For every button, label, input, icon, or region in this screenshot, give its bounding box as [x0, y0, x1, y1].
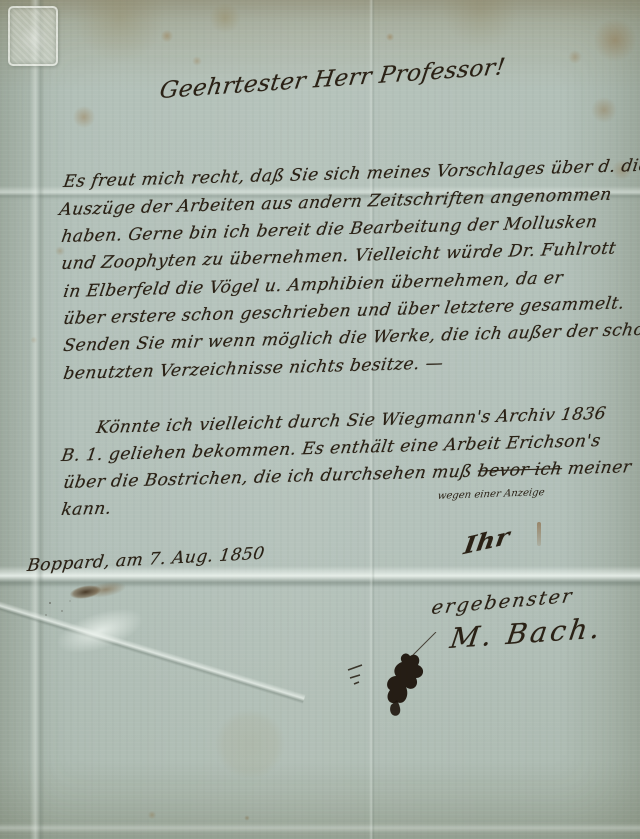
salutation-line: Geehrtester Herr Professor! [158, 54, 507, 104]
interline-insertion: wegen einer Anzeige [437, 487, 545, 502]
fold-crease-horizontal-bottom [0, 823, 640, 833]
closing-ihr: Ihr [462, 522, 512, 560]
ink-specks [40, 595, 100, 625]
small-stain-streak [537, 522, 541, 546]
fold-crease-vertical-left [30, 0, 44, 839]
body-text: meiner [561, 457, 633, 479]
struck-word: bevor ich [476, 459, 563, 481]
embossed-seal [8, 6, 58, 66]
ink-blot [340, 632, 450, 727]
body-line: benutzten Verzeichnisse nichts besitze. … [62, 353, 445, 384]
date-line: Boppard, am 7. Aug. 1850 [26, 544, 266, 576]
signature: M. Bach. [448, 612, 605, 655]
closing-word: ergebenster [430, 585, 575, 619]
body-line: kann. [60, 499, 113, 520]
body-text: über die Bostrichen, die ich durchsehen … [62, 461, 479, 493]
letter-page: Geehrtester Herr Professor! Es freut mic… [0, 0, 640, 839]
